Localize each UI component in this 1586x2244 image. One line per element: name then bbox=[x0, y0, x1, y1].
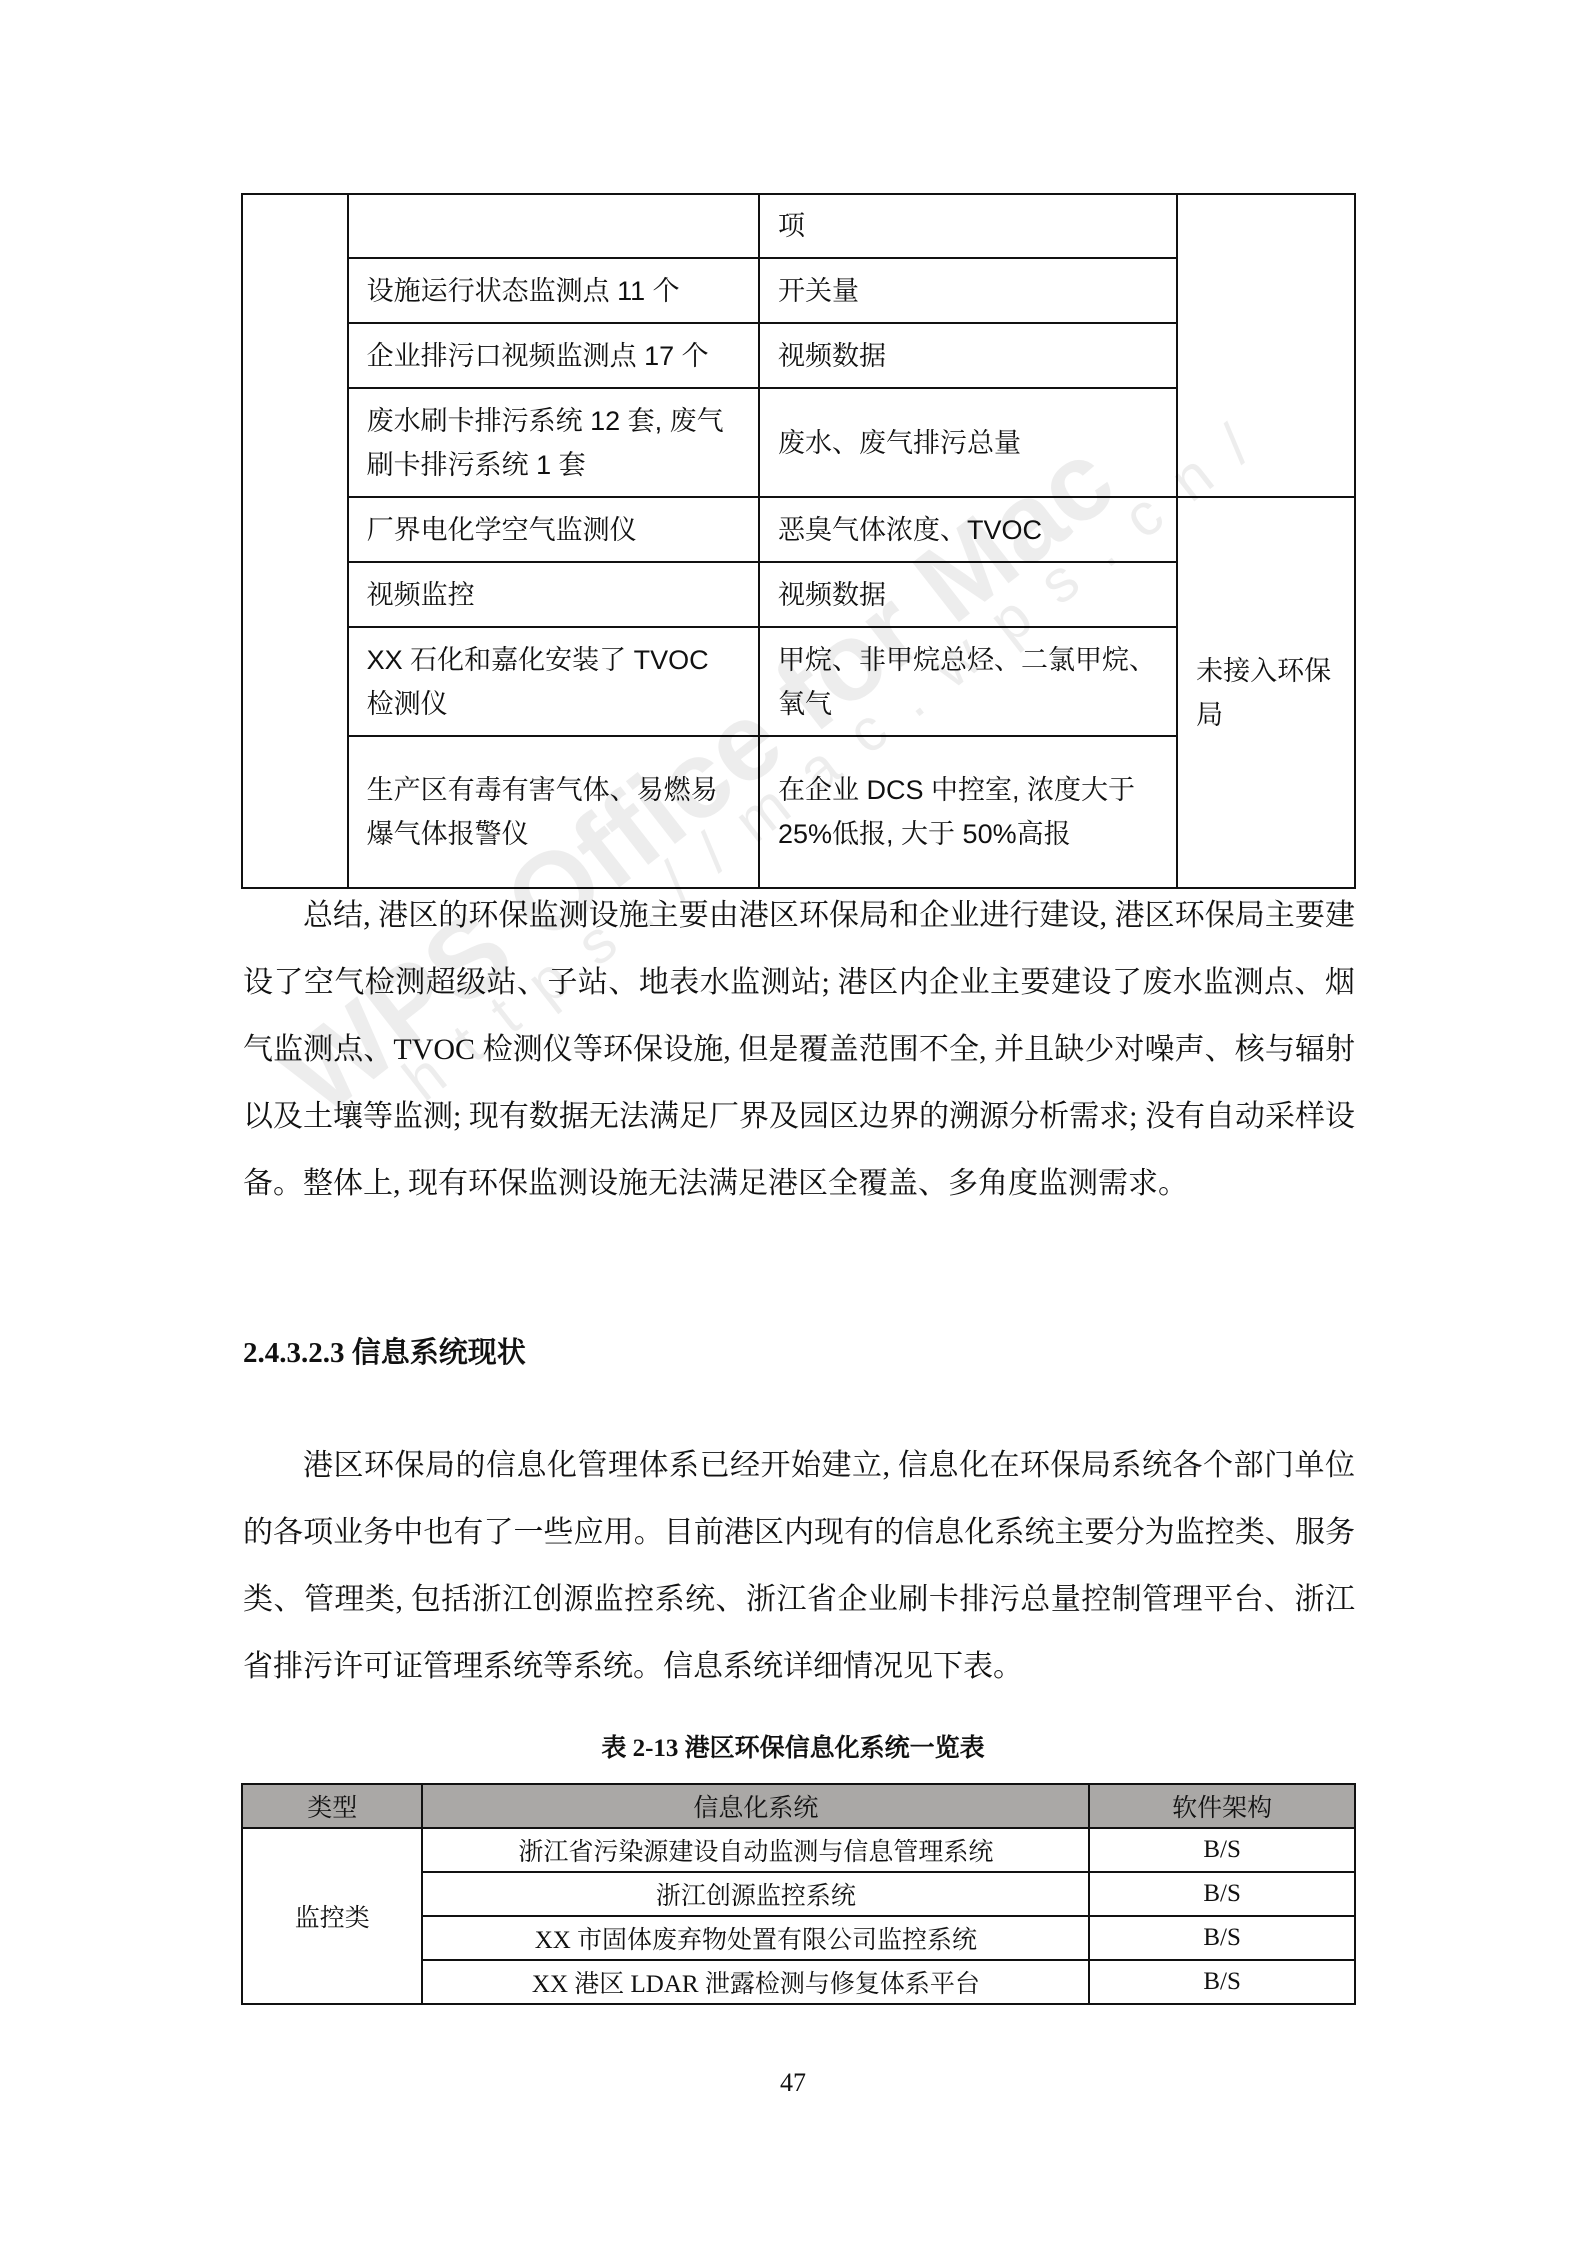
system-cell: 浙江创源监控系统 bbox=[422, 1872, 1089, 1916]
device-cell: 废水刷卡排污系统 12 套, 废气刷卡排污系统 1 套 bbox=[348, 388, 759, 497]
device-cell bbox=[348, 194, 759, 258]
column-header: 信息化系统 bbox=[422, 1784, 1089, 1828]
status-cell: 未接入环保局 bbox=[1177, 497, 1355, 888]
data-cell: 恶臭气体浓度、TVOC bbox=[759, 497, 1177, 562]
category-cell: 监控类 bbox=[242, 1828, 422, 2004]
arch-cell: B/S bbox=[1089, 1960, 1355, 2004]
device-cell: 厂界电化学空气监测仪 bbox=[348, 497, 759, 562]
system-cell: 浙江省污染源建设自动监测与信息管理系统 bbox=[422, 1828, 1089, 1872]
arch-cell: B/S bbox=[1089, 1916, 1355, 1960]
data-cell: 甲烷、非甲烷总烃、二氯甲烷、氧气 bbox=[759, 627, 1177, 736]
device-cell: XX 石化和嘉化安装了 TVOC 检测仪 bbox=[348, 627, 759, 736]
arch-cell: B/S bbox=[1089, 1872, 1355, 1916]
table-row: 厂界电化学空气监测仪 恶臭气体浓度、TVOC 未接入环保局 bbox=[242, 497, 1355, 562]
device-cell: 企业排污口视频监测点 17 个 bbox=[348, 323, 759, 388]
table-caption: 表 2-13 港区环保信息化系统一览表 bbox=[0, 1728, 1586, 1764]
table-row: 监控类 浙江省污染源建设自动监测与信息管理系统 B/S bbox=[242, 1828, 1355, 1872]
data-cell: 在企业 DCS 中控室, 浓度大于 25%低报, 大于 50%高报 bbox=[759, 736, 1177, 888]
system-cell: XX 港区 LDAR 泄露检测与修复体系平台 bbox=[422, 1960, 1089, 2004]
data-cell: 废水、废气排污总量 bbox=[759, 388, 1177, 497]
table-row: 项 bbox=[242, 194, 1355, 258]
column-header: 类型 bbox=[242, 1784, 422, 1828]
status-cell bbox=[1177, 194, 1355, 497]
monitoring-facilities-table: 项 设施运行状态监测点 11 个 开关量 企业排污口视频监测点 17 个 视频数… bbox=[241, 193, 1356, 889]
data-cell: 视频数据 bbox=[759, 562, 1177, 627]
column-header: 软件架构 bbox=[1089, 1784, 1355, 1828]
section-heading: 2.4.3.2.3 信息系统现状 bbox=[243, 1330, 526, 1371]
data-cell: 项 bbox=[759, 194, 1177, 258]
device-cell: 视频监控 bbox=[348, 562, 759, 627]
device-cell: 设施运行状态监测点 11 个 bbox=[348, 258, 759, 323]
info-systems-table: 类型 信息化系统 软件架构 监控类 浙江省污染源建设自动监测与信息管理系统 B/… bbox=[241, 1783, 1356, 2005]
device-cell: 生产区有毒有害气体、易燃易爆气体报警仪 bbox=[348, 736, 759, 888]
document-page: 项 设施运行状态监测点 11 个 开关量 企业排污口视频监测点 17 个 视频数… bbox=[0, 0, 1586, 2244]
summary-paragraph: 总结, 港区的环保监测设施主要由港区环保局和企业进行建设, 港区环保局主要建设了… bbox=[243, 882, 1355, 1217]
data-cell: 视频数据 bbox=[759, 323, 1177, 388]
data-cell: 开关量 bbox=[759, 258, 1177, 323]
page-number: 47 bbox=[0, 2068, 1586, 2098]
system-cell: XX 市固体废弃物处置有限公司监控系统 bbox=[422, 1916, 1089, 1960]
intro-paragraph: 港区环保局的信息化管理体系已经开始建立, 信息化在环保局系统各个部门单位的各项业… bbox=[243, 1432, 1355, 1700]
table-header-row: 类型 信息化系统 软件架构 bbox=[242, 1784, 1355, 1828]
merged-category-cell bbox=[242, 194, 348, 888]
arch-cell: B/S bbox=[1089, 1828, 1355, 1872]
